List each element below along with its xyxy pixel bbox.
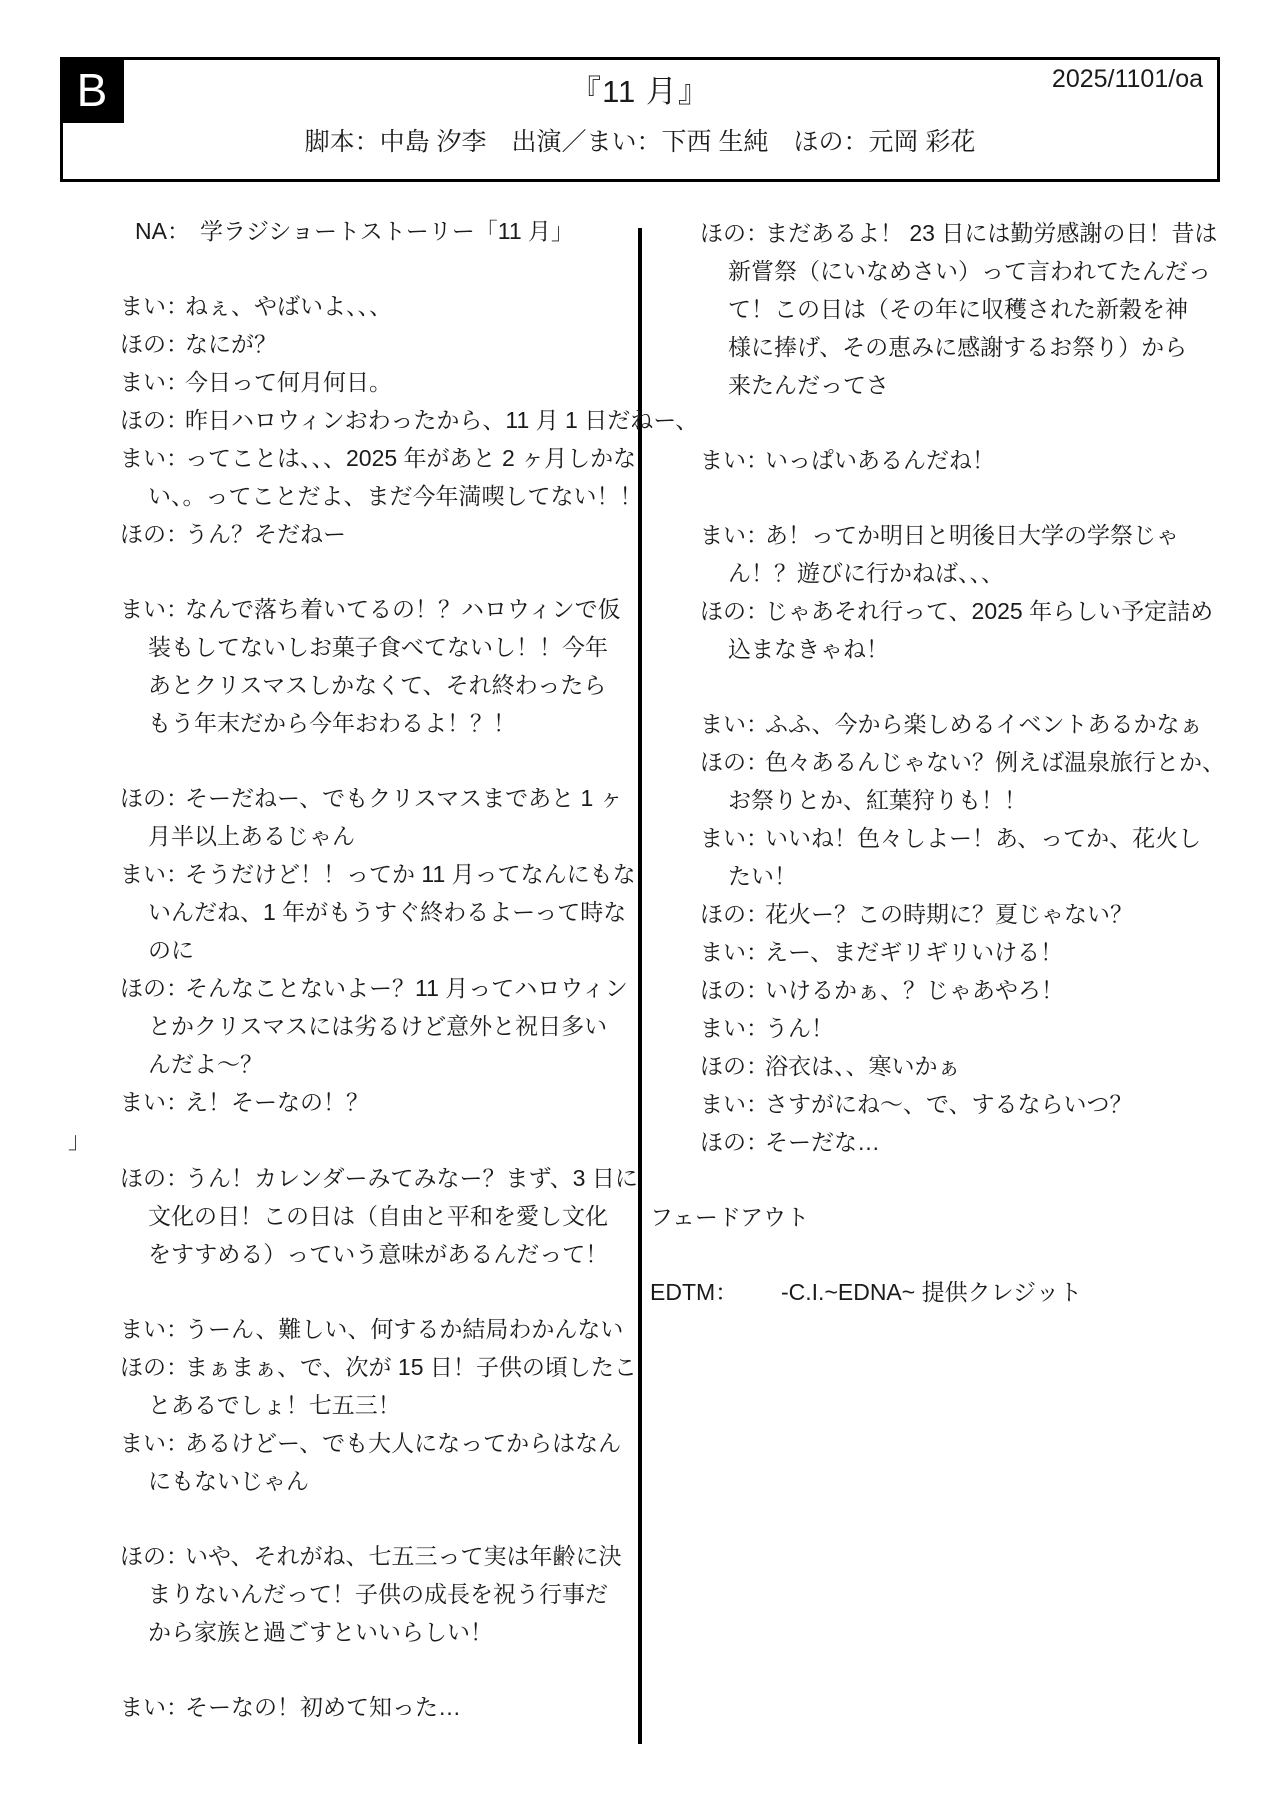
speaker-label: ほの： <box>120 1159 185 1197</box>
dialogue-text: あるけどー、でも大人になってからはなん にもないじゃん <box>148 1430 621 1494</box>
dialogue-text: うん！ <box>765 1015 834 1041</box>
blank-line <box>700 479 1240 516</box>
speaker-label: まい： <box>700 441 765 479</box>
speaker-label: ほの： <box>700 592 765 630</box>
script-title: 『11 月』 <box>63 66 1217 111</box>
cue-text: -C.I.~EDNA~ 提供クレジット <box>781 1279 1082 1305</box>
dialogue-text: うーん、難しい、何するか結局わかんない <box>185 1316 623 1342</box>
air-date-code: 2025/1101/oa <box>1052 65 1203 94</box>
dialogue-line: NA：学ラジショートストーリー「11 月」 <box>135 212 636 250</box>
dialogue-line: ほの：うん？そだねー <box>120 515 636 553</box>
speaker-label: NA： <box>135 212 200 250</box>
speaker-label: ほの： <box>700 743 765 781</box>
speaker-label: まい： <box>120 1083 185 1121</box>
dialogue-text: えー、まだギリギリいける！ <box>765 939 1063 965</box>
dialogue-text: 色々あるんじゃない？例えば温泉旅行とか、 お祭りとか、紅葉狩りも！！ <box>728 749 1225 813</box>
dialogue-line: まい：そーなの！初めて知った… <box>120 1688 636 1726</box>
dialogue-text: そーだな… <box>765 1129 880 1155</box>
dialogue-text: うん？そだねー <box>185 521 346 547</box>
dialogue-text: なんで落ち着いてるの！？ハロウィンで仮 装もしてないしお菓子食べてないし！！今年… <box>148 596 621 736</box>
dialogue-line: まい：あるけどー、でも大人になってからはなん にもないじゃん <box>120 1424 636 1500</box>
dialogue-text: いっぱいあるんだね！ <box>765 447 995 473</box>
dialogue-text: いけるかぁ、？じゃあやろ！ <box>765 977 1064 1003</box>
blank-line <box>700 1161 1240 1198</box>
dialogue-line: まい：さすがにね～、で、するならいつ？ <box>700 1085 1240 1123</box>
dialogue-text: そーなの！初めて知った… <box>185 1694 461 1720</box>
speaker-label: まい： <box>700 933 765 971</box>
dialogue-line: まい：うん！ <box>700 1009 1240 1047</box>
speaker-label: まい： <box>120 1310 185 1348</box>
dialogue-line: まい：ふふ、今から楽しめるイベントあるかなぁ <box>700 705 1240 743</box>
speaker-label: ほの： <box>120 969 185 1007</box>
speaker-label: まい： <box>700 1009 765 1047</box>
blank-line <box>120 742 636 779</box>
blank-line <box>120 250 636 287</box>
dialogue-line: ほの：いや、それがね、七五三って実は年齢に決 まりないんだって！子供の成長を祝う… <box>120 1537 636 1651</box>
speaker-label: まい： <box>120 855 185 893</box>
speaker-label: まい： <box>120 1424 185 1462</box>
dialogue-line: まい：え！そーなの！？ <box>120 1083 636 1121</box>
speaker-label: ほの： <box>120 1348 185 1386</box>
dialogue-line: まい：なんで落ち着いてるの！？ハロウィンで仮 装もしてないしお菓子食べてないし！… <box>120 590 636 742</box>
dialogue-line: まい：いいね！色々しよー！あ、ってか、花火し たい！ <box>700 819 1240 895</box>
dialogue-line: ほの：昨日ハロウィンおわったから、11 月 1 日だねー、 <box>120 401 636 439</box>
speaker-label: ほの： <box>120 515 185 553</box>
speaker-label: ほの： <box>700 971 765 1009</box>
dialogue-text: まぁまぁ、で、次が 15 日！子供の頃したこ とあるでしょ！七五三！ <box>148 1354 637 1418</box>
credits-line: 脚本：中島 汐李 出演／まい：下西 生純 ほの：元岡 彩花 <box>63 122 1217 158</box>
dialogue-text: 昨日ハロウィンおわったから、11 月 1 日だねー、 <box>185 407 698 433</box>
dialogue-line: ほの：浴衣は、、寒いかぁ <box>700 1047 1240 1085</box>
dialogue-text: あ！ってか明日と明後日大学の学祭じゃ ん！？遊びに行かねば、、、 <box>728 522 1179 586</box>
blank-line <box>120 553 636 590</box>
dialogue-line: ほの：いけるかぁ、？じゃあやろ！ <box>700 971 1240 1009</box>
speaker-label: まい： <box>700 516 765 554</box>
dialogue-text: 今日って何月何日。 <box>185 369 392 395</box>
script-page: B 『11 月』 2025/1101/oa 脚本：中島 汐李 出演／まい：下西 … <box>0 0 1280 1809</box>
stage-direction: フェードアウト <box>650 1198 1240 1236</box>
speaker-label: まい： <box>700 819 765 857</box>
dialogue-text: まだあるよ！ 23 日には勤労感謝の日！昔は 新嘗祭（にいなめさい）って言われて… <box>728 220 1217 398</box>
dialogue-line: ほの：そんなことないよー？11 月ってハロウィン とかクリスマスには劣るけど意外… <box>120 969 636 1083</box>
dialogue-line: まい：うーん、難しい、何するか結局わかんない <box>120 1310 636 1348</box>
dialogue-text: じゃあそれ行って、2025 年らしい予定詰め 込まなきゃね！ <box>728 598 1213 662</box>
dialogue-text: いいね！色々しよー！あ、ってか、花火し たい！ <box>728 825 1201 889</box>
cue-label: EDTM： <box>650 1273 781 1311</box>
stray-bracket: 」 <box>68 1121 636 1159</box>
dialogue-text: うん！カレンダーみてみなー？まず、3 日に 文化の日！この日は（自由と平和を愛し… <box>148 1165 638 1267</box>
dialogue-text: そーだねー、でもクリスマスまであと 1 ヶ 月半以上あるじゃん <box>148 785 623 849</box>
speaker-label: まい： <box>120 1688 185 1726</box>
right-column: ほの：まだあるよ！ 23 日には勤労感謝の日！昔は 新嘗祭（にいなめさい）って言… <box>700 214 1240 1311</box>
dialogue-text: ふふ、今から楽しめるイベントあるかなぁ <box>765 711 1202 737</box>
dialogue-line: まい：えー、まだギリギリいける！ <box>700 933 1240 971</box>
dialogue-line: まい：今日って何月何日。 <box>120 363 636 401</box>
dialogue-line: ほの：なにが？ <box>120 325 636 363</box>
dialogue-line: ほの：そーだねー、でもクリスマスまであと 1 ヶ 月半以上あるじゃん <box>120 779 636 855</box>
left-column: NA：学ラジショートストーリー「11 月」まい：ねぇ、やばいよ、、、ほの：なにが… <box>120 212 636 1726</box>
dialogue-line: まい：そうだけど！！ってか 11 月ってなんにもな いんだね、1 年がもうすぐ終… <box>120 855 636 969</box>
blank-line <box>700 404 1240 441</box>
dialogue-text: そんなことないよー？11 月ってハロウィン とかクリスマスには劣るけど意外と祝日… <box>148 975 628 1077</box>
dialogue-text: え！そーなの！？ <box>185 1089 369 1115</box>
header-box: B 『11 月』 2025/1101/oa 脚本：中島 汐李 出演／まい：下西 … <box>60 57 1220 182</box>
dialogue-text: ってことは、、、2025 年があと 2 ヶ月しかな い、。ってことだよ、まだ今年… <box>148 445 643 509</box>
dialogue-line: まい：あ！ってか明日と明後日大学の学祭じゃ ん！？遊びに行かねば、、、 <box>700 516 1240 592</box>
speaker-label: ほの： <box>700 1123 765 1161</box>
blank-line <box>700 1236 1240 1273</box>
blank-line <box>120 1500 636 1537</box>
dialogue-line: まい：いっぱいあるんだね！ <box>700 441 1240 479</box>
speaker-label: まい： <box>700 705 765 743</box>
dialogue-text: いや、それがね、七五三って実は年齢に決 まりないんだって！子供の成長を祝う行事だ… <box>148 1543 622 1645</box>
dialogue-line: まい：ってことは、、、2025 年があと 2 ヶ月しかな い、。ってことだよ、ま… <box>120 439 636 515</box>
speaker-label: まい： <box>120 439 185 477</box>
speaker-label: ほの： <box>700 1047 765 1085</box>
dialogue-line: ほの：花火ー？この時期に？夏じゃない？ <box>700 895 1240 933</box>
dialogue-line: ほの：まだあるよ！ 23 日には勤労感謝の日！昔は 新嘗祭（にいなめさい）って言… <box>700 214 1240 404</box>
music-cue-line: EDTM：-C.I.~EDNA~ 提供クレジット <box>650 1273 1240 1311</box>
dialogue-line: ほの：うん！カレンダーみてみなー？まず、3 日に 文化の日！この日は（自由と平和… <box>120 1159 636 1273</box>
dialogue-text: そうだけど！！ってか 11 月ってなんにもな いんだね、1 年がもうすぐ終わるよ… <box>148 861 636 963</box>
blank-line <box>120 1651 636 1688</box>
dialogue-text: 浴衣は、、寒いかぁ <box>765 1053 961 1079</box>
speaker-label: まい： <box>700 1085 765 1123</box>
speaker-label: まい： <box>120 287 185 325</box>
speaker-label: ほの： <box>120 401 185 439</box>
speaker-label: まい： <box>120 590 185 628</box>
dialogue-line: ほの：じゃあそれ行って、2025 年らしい予定詰め 込まなきゃね！ <box>700 592 1240 668</box>
speaker-label: ほの： <box>700 895 765 933</box>
blank-line <box>700 668 1240 705</box>
dialogue-text: 花火ー？この時期に？夏じゃない？ <box>765 901 1133 927</box>
dialogue-text: 学ラジショートストーリー「11 月」 <box>200 218 574 244</box>
speaker-label: ほの： <box>120 325 185 363</box>
dialogue-text: さすがにね～、で、するならいつ？ <box>765 1091 1133 1117</box>
dialogue-text: ねぇ、やばいよ、、、 <box>185 293 392 319</box>
speaker-label: ほの： <box>700 214 765 252</box>
column-divider <box>638 228 642 1744</box>
dialogue-text: なにが？ <box>185 331 277 357</box>
blank-line <box>120 1273 636 1310</box>
dialogue-line: ほの：まぁまぁ、で、次が 15 日！子供の頃したこ とあるでしょ！七五三！ <box>120 1348 636 1424</box>
speaker-label: ほの： <box>120 779 185 817</box>
dialogue-line: ほの：色々あるんじゃない？例えば温泉旅行とか、 お祭りとか、紅葉狩りも！！ <box>700 743 1240 819</box>
speaker-label: まい： <box>120 363 185 401</box>
dialogue-line: ほの：そーだな… <box>700 1123 1240 1161</box>
speaker-label: ほの： <box>120 1537 185 1575</box>
dialogue-line: まい：ねぇ、やばいよ、、、 <box>120 287 636 325</box>
